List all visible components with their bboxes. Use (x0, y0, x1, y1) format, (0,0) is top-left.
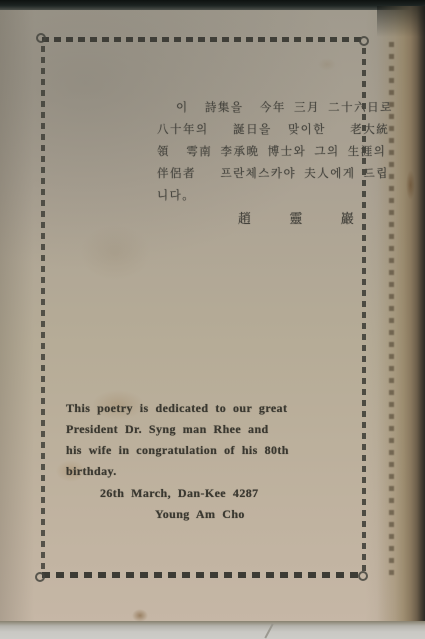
korean-dedication-line: 이 詩集을 今年 三月 二十六日로 (176, 99, 393, 115)
border-corner-circle-icon (358, 571, 368, 581)
korean-author-signature: 趙 靈 巖 (238, 208, 356, 227)
english-dedication-line: President Dr. Syng man Rhee and (66, 422, 269, 437)
korean-dedication-line: 伴侶者 프란체스카야 夫人에게 드립 (157, 165, 389, 181)
decorative-border-left (41, 46, 45, 572)
paper-stain (406, 170, 415, 200)
border-corner-circle-icon (359, 36, 369, 46)
english-dedication-line: his wife in congratulation of his 80th (66, 443, 289, 458)
table-surface (0, 621, 425, 639)
book-cover-edge (0, 0, 425, 10)
book-page-photo: 이 詩集을 今年 三月 二十六日로 八十年의 誕日을 맞이한 老大統 領 雩南 … (0, 0, 425, 639)
korean-dedication-line: 니다。 (157, 187, 195, 203)
paper-stain (132, 609, 148, 622)
paper-stain (80, 225, 150, 280)
decorative-border-bottom (42, 572, 362, 578)
korean-dedication-line: 八十年의 誕日을 맞이한 老大統 (157, 121, 389, 137)
decorative-border-top (42, 37, 362, 42)
dedication-date-line: 26th March, Dan-Kee 4287 (100, 486, 259, 501)
paper-stain (318, 58, 336, 71)
border-corner-circle-icon (35, 572, 45, 582)
border-corner-circle-icon (36, 33, 46, 43)
underlying-page-border (389, 42, 394, 578)
english-dedication-line: birthday. (66, 464, 117, 479)
english-dedication-line: This poetry is dedicated to our great (66, 401, 287, 416)
english-author-signature: Young Am Cho (155, 507, 245, 522)
korean-dedication-line: 領 雩南 李承晩 博士와 그의 生涯의 (157, 143, 386, 159)
